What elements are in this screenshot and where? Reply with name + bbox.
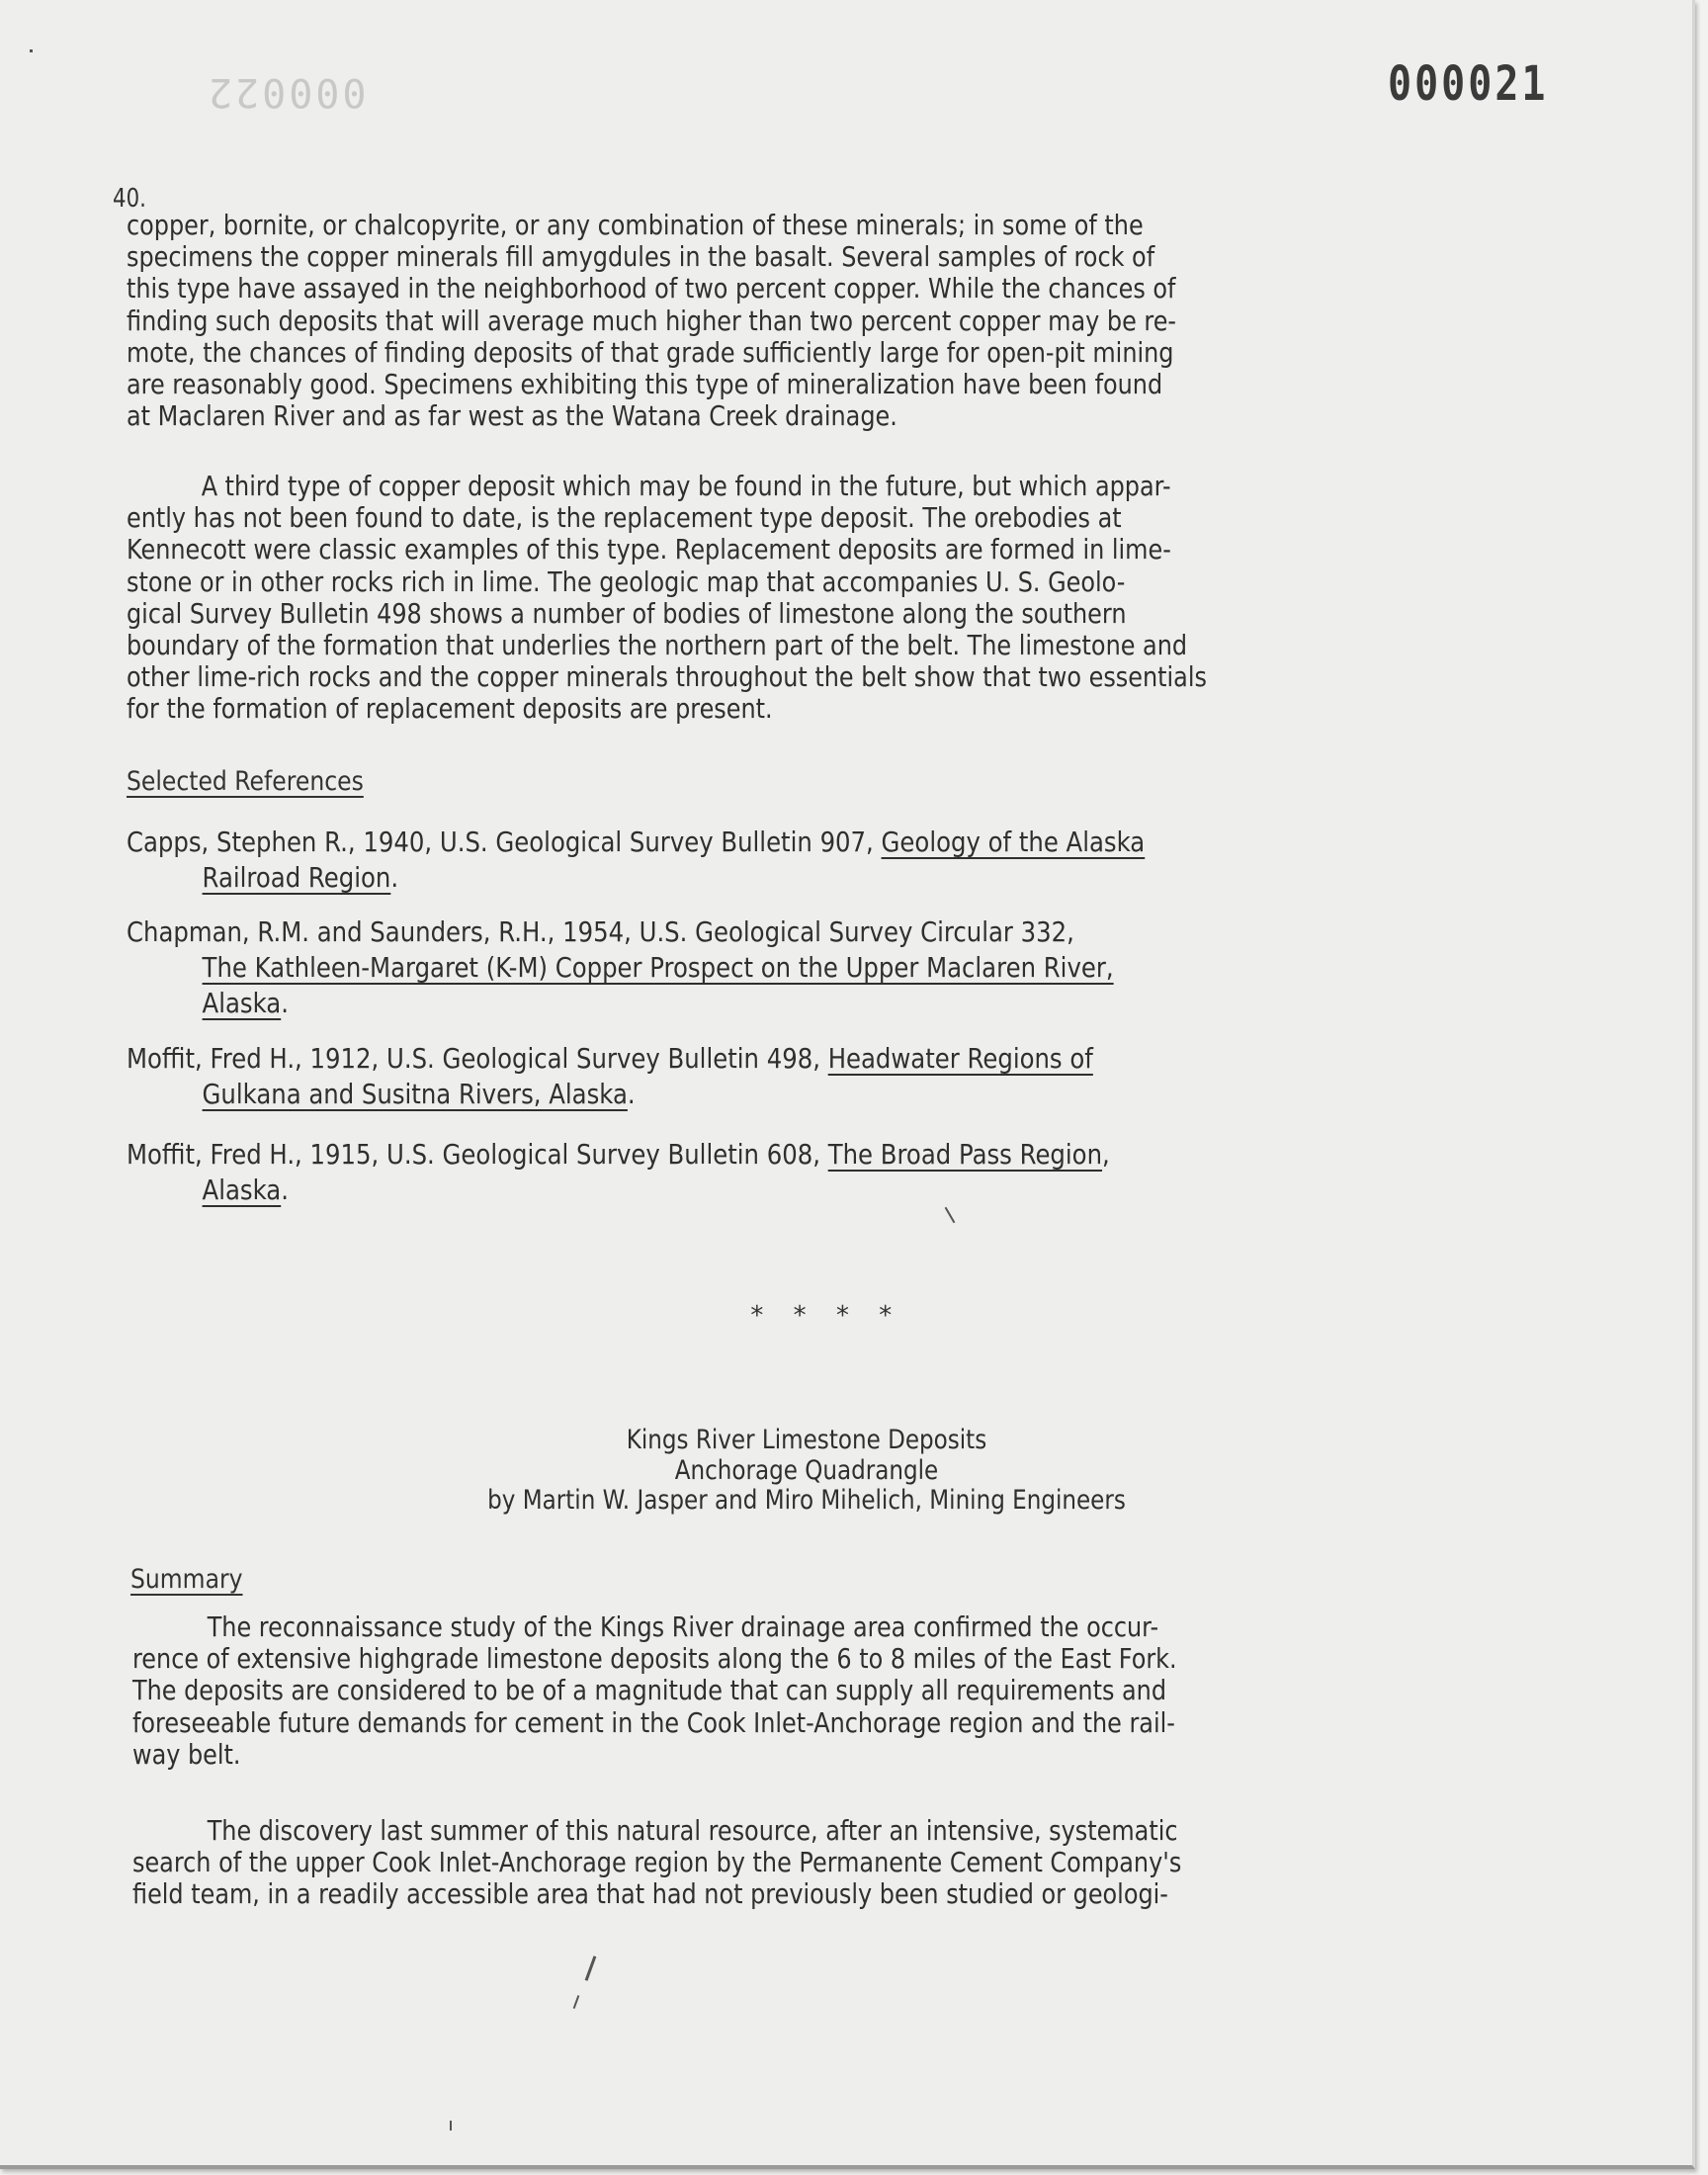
reference-citation: Moffit, Fred H., 1915, U.S. Geological S…	[127, 1138, 828, 1171]
reference-item: Chapman, R.M. and Saunders, R.H., 1954, …	[127, 914, 1114, 1021]
text-line: field team, in a readily accessible area…	[132, 1878, 1543, 1910]
text-line: ently has not been found to date, is the…	[127, 502, 1537, 534]
reference-citation: Capps, Stephen R., 1940, U.S. Geological…	[127, 826, 882, 858]
scan-artifact	[945, 1207, 956, 1224]
text-line: mote, the chances of finding deposits of…	[127, 337, 1537, 369]
scanned-page: 000022 000021 40. copper, bornite, or ch…	[0, 0, 1695, 2169]
text-line: for the formation of replacement deposit…	[127, 693, 1537, 725]
punctuation: .	[281, 987, 289, 1019]
text-line: gical Survey Bulletin 498 shows a number…	[127, 598, 1537, 630]
text-line: copper, bornite, or chalcopyrite, or any…	[127, 210, 1537, 241]
scan-artifact	[30, 49, 33, 52]
text-line: search of the upper Cook Inlet-Anchorage…	[132, 1847, 1543, 1878]
text-line: this type have assayed in the neighborho…	[127, 273, 1537, 304]
reference-item: Moffit, Fred H., 1912, U.S. Geological S…	[127, 1041, 1093, 1112]
continuation-paragraph: copper, bornite, or chalcopyrite, or any…	[127, 210, 1537, 432]
article-byline: by Martin W. Jasper and Miro Mihelich, M…	[105, 1486, 1508, 1517]
text-line: specimens the copper minerals fill amygd…	[127, 241, 1537, 273]
text-line: way belt.	[132, 1739, 1543, 1771]
reference-title: Alaska	[203, 987, 282, 1019]
text-line: foreseeable future demands for cement in…	[132, 1707, 1543, 1739]
article-subtitle: Anchorage Quadrangle	[105, 1456, 1508, 1487]
text-line: A third type of copper deposit which may…	[127, 471, 1537, 502]
text-line: at Maclaren River and as far west as the…	[127, 400, 1537, 432]
text-line: boundary of the formation that underlies…	[127, 630, 1537, 661]
punctuation: .	[628, 1078, 636, 1110]
references-heading: Selected References	[127, 766, 364, 797]
reference-item: Capps, Stephen R., 1940, U.S. Geological…	[127, 825, 1145, 896]
section-separator: * * * *	[749, 1301, 899, 1331]
reference-item: Moffit, Fred H., 1915, U.S. Geological S…	[127, 1137, 1110, 1208]
article-title-block: Kings River Limestone Deposits Anchorage…	[0, 1426, 1613, 1517]
text-line: Kennecott were classic examples of this …	[127, 534, 1537, 565]
text-line: stone or in other rocks rich in lime. Th…	[127, 566, 1537, 598]
bates-number-stamp: 000021	[1388, 57, 1549, 112]
scan-artifact	[585, 1956, 597, 1980]
reference-title: Geology of the Alaska	[882, 826, 1146, 858]
text-line: The deposits are considered to be of a m…	[132, 1675, 1543, 1706]
text-line: The reconnaissance study of the Kings Ri…	[132, 1611, 1543, 1643]
punctuation: .	[281, 1174, 289, 1206]
summary-heading: Summary	[130, 1564, 243, 1595]
reference-citation: Chapman, R.M. and Saunders, R.H., 1954, …	[127, 914, 1114, 950]
reference-title: Gulkana and Susitna Rivers, Alaska	[203, 1078, 628, 1110]
summary-paragraph: The reconnaissance study of the Kings Ri…	[132, 1611, 1543, 1771]
text-line: other lime-rich rocks and the copper min…	[127, 661, 1537, 693]
punctuation: ,	[1102, 1138, 1110, 1171]
text-line: The discovery last summer of this natura…	[132, 1815, 1543, 1847]
article-title: Kings River Limestone Deposits	[105, 1426, 1508, 1456]
reference-title: The Kathleen-Margaret (K-M) Copper Prosp…	[203, 951, 1114, 984]
reference-title: Alaska	[203, 1174, 282, 1206]
summary-paragraph: The discovery last summer of this natura…	[132, 1815, 1543, 1911]
scan-artifact	[573, 1995, 580, 2009]
reference-title: Railroad Region	[203, 861, 391, 894]
reference-title: The Broad Pass Region	[828, 1138, 1102, 1171]
text-line: finding such deposits that will average …	[127, 305, 1537, 337]
text-line: rence of extensive highgrade limestone d…	[132, 1643, 1543, 1675]
reference-citation: Moffit, Fred H., 1912, U.S. Geological S…	[127, 1042, 828, 1075]
punctuation: .	[390, 861, 398, 894]
reference-title: Headwater Regions of	[828, 1042, 1093, 1075]
replacement-deposit-paragraph: A third type of copper deposit which may…	[127, 471, 1537, 726]
bleed-through-bates-number: 000022	[206, 69, 367, 115]
scan-artifact	[450, 2121, 452, 2131]
text-line: are reasonably good. Specimens exhibitin…	[127, 369, 1537, 400]
